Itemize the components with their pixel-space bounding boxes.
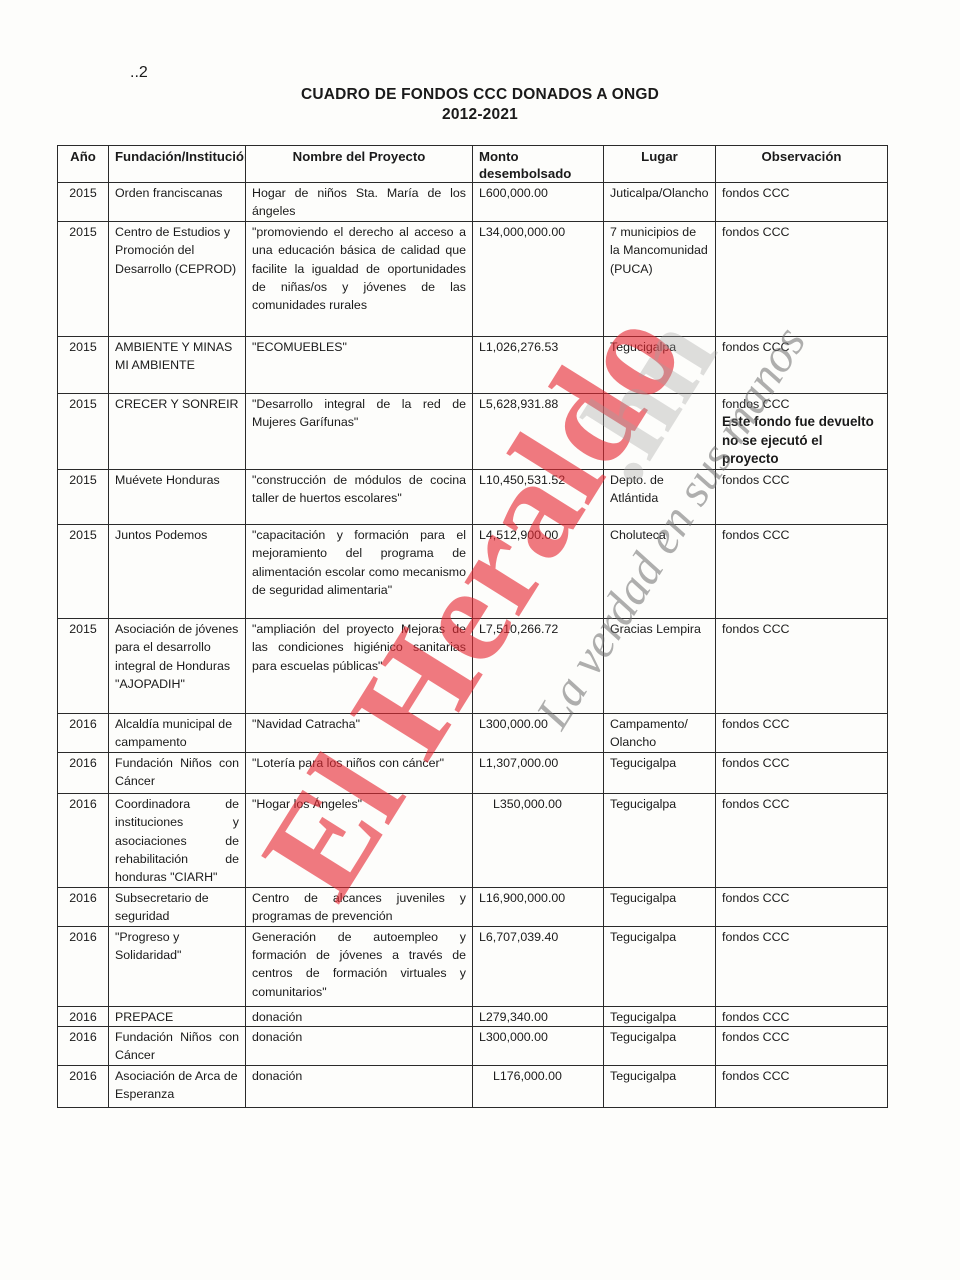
cell-year-text: 2016 <box>69 797 97 811</box>
table-row: 2015Orden franciscanasHogar de niños Sta… <box>58 183 888 222</box>
cell-amount-text: L176,000.00 <box>493 1069 562 1083</box>
table-body: 2015Orden franciscanasHogar de niños Sta… <box>58 183 888 1108</box>
cell-observation-text: fondos CCC <box>722 717 790 731</box>
header-year: Año <box>58 146 109 183</box>
cell-place: Tegucigalpa <box>604 336 716 393</box>
cell-amount-text: L10,450,531.52 <box>479 473 565 487</box>
cell-place: Tegucigalpa <box>604 887 716 926</box>
cell-project: donación <box>246 1006 473 1026</box>
cell-institution: "Progreso y Solidaridad" <box>109 926 246 1006</box>
cell-project: "Lotería para los niños con cáncer" <box>246 752 473 793</box>
cell-year-text: 2015 <box>69 340 97 354</box>
cell-observation-text: fondos CCC <box>722 1069 790 1083</box>
cell-project: Centro de alcances juveniles y programas… <box>246 887 473 926</box>
cell-project: "construcción de módulos de cocina talle… <box>246 470 473 525</box>
cell-place-text: Choluteca <box>610 528 666 542</box>
cell-amount: L279,340.00 <box>473 1006 604 1026</box>
cell-year-text: 2015 <box>69 186 97 200</box>
cell-place-text: Tegucigalpa <box>610 340 676 354</box>
cell-institution-text: Subsecretario de seguridad <box>115 891 209 923</box>
cell-year: 2015 <box>58 183 109 222</box>
table-row: 2015Centro de Estudios y Promoción del D… <box>58 221 888 336</box>
cell-year-text: 2015 <box>69 225 97 239</box>
cell-amount: L600,000.00 <box>473 183 604 222</box>
cell-observation: fondos CCC <box>716 619 888 714</box>
cell-amount-text: L350,000.00 <box>493 797 562 811</box>
cell-place-text: Tegucigalpa <box>610 930 676 944</box>
cell-amount-text: L600,000.00 <box>479 186 548 200</box>
table-row: 2015Asociación de jóvenes para el desarr… <box>58 619 888 714</box>
cell-year: 2016 <box>58 1006 109 1026</box>
cell-observation: fondos CCC <box>716 336 888 393</box>
cell-place: 7 municipios de la Mancomunidad (PUCA) <box>604 221 716 336</box>
cell-place: Gracias Lempira <box>604 619 716 714</box>
cell-project-text: "ampliación del proyecto Mejoras de las … <box>252 622 466 673</box>
cell-project-text: Generación de autoempleo y formación de … <box>252 930 466 999</box>
table-row: 2016Coordinadora de instituciones y asoc… <box>58 793 888 887</box>
cell-place-text: 7 municipios de la Mancomunidad (PUCA) <box>610 225 708 276</box>
table-row: 2015Juntos Podemos"capacitación y formac… <box>58 525 888 619</box>
cell-amount-text: L16,900,000.00 <box>479 891 565 905</box>
cell-observation-text: fondos CCC <box>722 1010 790 1024</box>
table-row: 2015Muévete Honduras"construcción de mód… <box>58 470 888 525</box>
cell-year-text: 2016 <box>69 1010 97 1024</box>
cell-place: Juticalpa/Olancho <box>604 183 716 222</box>
cell-amount-text: L1,026,276.53 <box>479 340 558 354</box>
cell-observation: fondos CCC <box>716 1065 888 1107</box>
cell-institution: Fundación Niños con Cáncer <box>109 752 246 793</box>
cell-place: Depto. de Atlántida <box>604 470 716 525</box>
table-row: 2015CRECER Y SONREIR"Desarrollo integral… <box>58 393 888 469</box>
cell-year-text: 2015 <box>69 473 97 487</box>
cell-place-text: Tegucigalpa <box>610 1030 676 1044</box>
cell-institution-text: Fundación Niños con Cáncer <box>115 756 239 788</box>
cell-observation-text: fondos CCC <box>722 397 790 411</box>
cell-place: Tegucigalpa <box>604 1065 716 1107</box>
cell-year-text: 2015 <box>69 622 97 636</box>
header-place: Lugar <box>604 146 716 183</box>
cell-place-text: Campamento/ Olancho <box>610 717 688 749</box>
cell-place: Tegucigalpa <box>604 752 716 793</box>
cell-observation-text: fondos CCC <box>722 473 790 487</box>
cell-institution-text: "Progreso y Solidaridad" <box>115 930 181 962</box>
cell-amount: L7,510,266.72 <box>473 619 604 714</box>
cell-project-text: "capacitación y formación para el mejora… <box>252 528 466 597</box>
table-row: 2016PREPACEdonaciónL279,340.00Tegucigalp… <box>58 1006 888 1026</box>
cell-place: Tegucigalpa <box>604 793 716 887</box>
cell-year-text: 2016 <box>69 1069 97 1083</box>
cell-year: 2015 <box>58 619 109 714</box>
cell-institution: Orden franciscanas <box>109 183 246 222</box>
cell-year: 2016 <box>58 752 109 793</box>
cell-amount: L176,000.00 <box>473 1065 604 1107</box>
funds-table: Año Fundación/Institución Nombre del Pro… <box>57 145 888 1108</box>
cell-observation: fondos CCC <box>716 714 888 753</box>
cell-year-text: 2016 <box>69 891 97 905</box>
cell-institution: Muévete Honduras <box>109 470 246 525</box>
cell-project: "Desarrollo integral de la red de Mujere… <box>246 393 473 469</box>
cell-observation: fondos CCC <box>716 470 888 525</box>
cell-institution-text: AMBIENTE Y MINAS MI AMBIENTE <box>115 340 232 372</box>
cell-year: 2015 <box>58 221 109 336</box>
cell-institution-text: Asociación de Arca de Esperanza <box>115 1069 238 1101</box>
cell-institution-text: PREPACE <box>115 1010 173 1024</box>
cell-year: 2015 <box>58 393 109 469</box>
cell-institution: Juntos Podemos <box>109 525 246 619</box>
cell-institution-text: Centro de Estudios y Promoción del Desar… <box>115 225 236 276</box>
cell-institution: Centro de Estudios y Promoción del Desar… <box>109 221 246 336</box>
cell-observation: fondos CCC <box>716 752 888 793</box>
cell-year: 2015 <box>58 525 109 619</box>
header-observation: Observación <box>716 146 888 183</box>
cell-project: "ampliación del proyecto Mejoras de las … <box>246 619 473 714</box>
cell-project-text: "ECOMUEBLES" <box>252 340 347 354</box>
cell-observation-text: fondos CCC <box>722 891 790 905</box>
cell-project: donación <box>246 1027 473 1066</box>
cell-institution: Asociación de jóvenes para el desarrollo… <box>109 619 246 714</box>
cell-project-text: donación <box>252 1010 302 1024</box>
cell-project: "Navidad Catracha" <box>246 714 473 753</box>
cell-amount-text: L6,707,039.40 <box>479 930 558 944</box>
cell-place-text: Tegucigalpa <box>610 756 676 770</box>
cell-project: donación <box>246 1065 473 1107</box>
table-row: 2016Fundación Niños con Cáncer"Lotería p… <box>58 752 888 793</box>
cell-observation: fondos CCC <box>716 926 888 1006</box>
cell-observation: fondos CCCEste fondo fue devuelto no se … <box>716 393 888 469</box>
cell-observation-text: fondos CCC <box>722 225 790 239</box>
cell-place <box>604 393 716 469</box>
document-title: CUADRO DE FONDOS CCC DONADOS A ONGD <box>0 86 960 104</box>
cell-place: Campamento/ Olancho <box>604 714 716 753</box>
cell-place: Tegucigalpa <box>604 1006 716 1026</box>
cell-project-text: Hogar de niños Sta. María de los ángeles <box>252 186 466 218</box>
cell-year: 2016 <box>58 926 109 1006</box>
cell-institution-text: Asociación de jóvenes para el desarrollo… <box>115 622 238 691</box>
cell-amount-text: L300,000.00 <box>479 1030 548 1044</box>
cell-project: "promoviendo el derecho al acceso a una … <box>246 221 473 336</box>
cell-observation-text: fondos CCC <box>722 528 790 542</box>
cell-place-text: Gracias Lempira <box>610 622 701 636</box>
cell-year-text: 2016 <box>69 756 97 770</box>
table-row: 2015AMBIENTE Y MINAS MI AMBIENTE"ECOMUEB… <box>58 336 888 393</box>
cell-amount: L4,512,900.00 <box>473 525 604 619</box>
cell-observation-text: fondos CCC <box>722 756 790 770</box>
cell-institution-text: Coordinadora de instituciones y asociaci… <box>115 797 239 885</box>
cell-place-text: Tegucigalpa <box>610 1010 676 1024</box>
cell-place-text: Depto. de Atlántida <box>610 473 664 505</box>
cell-institution: CRECER Y SONREIR <box>109 393 246 469</box>
header-project: Nombre del Proyecto <box>246 146 473 183</box>
observation-note: Este fondo fue devuelto no se ejecutó el… <box>722 413 881 469</box>
cell-year: 2016 <box>58 887 109 926</box>
cell-amount-text: L5,628,931.88 <box>479 397 558 411</box>
cell-institution: Coordinadora de instituciones y asociaci… <box>109 793 246 887</box>
cell-institution: Asociación de Arca de Esperanza <box>109 1065 246 1107</box>
cell-institution-text: Fundación Niños con Cáncer <box>115 1030 239 1062</box>
cell-observation-text: fondos CCC <box>722 1030 790 1044</box>
cell-institution: AMBIENTE Y MINAS MI AMBIENTE <box>109 336 246 393</box>
cell-place: Tegucigalpa <box>604 1027 716 1066</box>
cell-project-text: Centro de alcances juveniles y programas… <box>252 891 466 923</box>
table-row: 2016Asociación de Arca de Esperanzadonac… <box>58 1065 888 1107</box>
cell-year: 2016 <box>58 1065 109 1107</box>
cell-amount: L10,450,531.52 <box>473 470 604 525</box>
cell-year-text: 2016 <box>69 717 97 731</box>
cell-amount: L1,307,000.00 <box>473 752 604 793</box>
cell-project-text: donación <box>252 1069 302 1083</box>
cell-institution: PREPACE <box>109 1006 246 1026</box>
cell-amount: L1,026,276.53 <box>473 336 604 393</box>
header-institution: Fundación/Institución <box>109 146 246 183</box>
header-amount: Monto desembolsado <box>473 146 604 183</box>
cell-year: 2015 <box>58 470 109 525</box>
cell-year-text: 2015 <box>69 397 97 411</box>
cell-year: 2016 <box>58 793 109 887</box>
cell-project: Hogar de niños Sta. María de los ángeles <box>246 183 473 222</box>
cell-project-text: "Navidad Catracha" <box>252 717 360 731</box>
cell-project: Generación de autoempleo y formación de … <box>246 926 473 1006</box>
table-header-row: Año Fundación/Institución Nombre del Pro… <box>58 146 888 183</box>
cell-institution: Subsecretario de seguridad <box>109 887 246 926</box>
cell-place: Tegucigalpa <box>604 926 716 1006</box>
cell-project: "capacitación y formación para el mejora… <box>246 525 473 619</box>
cell-observation: fondos CCC <box>716 887 888 926</box>
cell-amount: L300,000.00 <box>473 714 604 753</box>
cell-institution-text: CRECER Y SONREIR <box>115 397 238 411</box>
cell-observation-text: fondos CCC <box>722 930 790 944</box>
cell-observation: fondos CCC <box>716 1027 888 1066</box>
cell-institution: Fundación Niños con Cáncer <box>109 1027 246 1066</box>
cell-amount-text: L4,512,900.00 <box>479 528 558 542</box>
cell-year-text: 2015 <box>69 528 97 542</box>
document-subtitle-years: 2012-2021 <box>0 106 960 124</box>
cell-place: Choluteca <box>604 525 716 619</box>
cell-amount: L16,900,000.00 <box>473 887 604 926</box>
cell-amount-text: L279,340.00 <box>479 1010 548 1024</box>
cell-year: 2015 <box>58 336 109 393</box>
cell-year: 2016 <box>58 714 109 753</box>
cell-institution-text: Juntos Podemos <box>115 528 207 542</box>
cell-amount: L350,000.00 <box>473 793 604 887</box>
cell-observation-text: fondos CCC <box>722 622 790 636</box>
table-row: 2016Subsecretario de seguridadCentro de … <box>58 887 888 926</box>
cell-amount: L34,000,000.00 <box>473 221 604 336</box>
cell-institution: Alcaldía municipal de campamento <box>109 714 246 753</box>
cell-project-text: "Lotería para los niños con cáncer" <box>252 756 444 770</box>
cell-observation: fondos CCC <box>716 1006 888 1026</box>
cell-project: "Hogar los Ángeles" <box>246 793 473 887</box>
table-row: 2016"Progreso y Solidaridad"Generación d… <box>58 926 888 1006</box>
cell-year-text: 2016 <box>69 1030 97 1044</box>
cell-amount: L300,000.00 <box>473 1027 604 1066</box>
cell-observation-text: fondos CCC <box>722 340 790 354</box>
cell-observation: fondos CCC <box>716 793 888 887</box>
table-row: 2016Alcaldía municipal de campamento"Nav… <box>58 714 888 753</box>
cell-observation: fondos CCC <box>716 525 888 619</box>
cell-amount-text: L34,000,000.00 <box>479 225 565 239</box>
cell-institution-text: Muévete Honduras <box>115 473 220 487</box>
table-row: 2016Fundación Niños con CáncerdonaciónL3… <box>58 1027 888 1066</box>
cell-project-text: "Hogar los Ángeles" <box>252 797 362 811</box>
cell-place-text: Juticalpa/Olancho <box>610 186 709 200</box>
cell-place-text: Tegucigalpa <box>610 1069 676 1083</box>
cell-year-text: 2016 <box>69 930 97 944</box>
cell-project-text: donación <box>252 1030 302 1044</box>
cell-amount-text: L300,000.00 <box>479 717 548 731</box>
cell-project-text: "Desarrollo integral de la red de Mujere… <box>252 397 466 429</box>
cell-observation: fondos CCC <box>716 221 888 336</box>
cell-project: "ECOMUEBLES" <box>246 336 473 393</box>
cell-project-text: "promoviendo el derecho al acceso a una … <box>252 225 466 313</box>
cell-observation-text: fondos CCC <box>722 186 790 200</box>
cell-place-text: Tegucigalpa <box>610 797 676 811</box>
cell-institution-text: Alcaldía municipal de campamento <box>115 717 232 749</box>
cell-observation-text: fondos CCC <box>722 797 790 811</box>
cell-project-text: "construcción de módulos de cocina talle… <box>252 473 466 505</box>
cell-place-text: Tegucigalpa <box>610 891 676 905</box>
cell-amount-text: L1,307,000.00 <box>479 756 558 770</box>
cell-year: 2016 <box>58 1027 109 1066</box>
cell-institution-text: Orden franciscanas <box>115 186 222 200</box>
page-marker: ..2 <box>130 64 148 82</box>
cell-observation: fondos CCC <box>716 183 888 222</box>
cell-amount: L5,628,931.88 <box>473 393 604 469</box>
cell-amount: L6,707,039.40 <box>473 926 604 1006</box>
cell-amount-text: L7,510,266.72 <box>479 622 558 636</box>
